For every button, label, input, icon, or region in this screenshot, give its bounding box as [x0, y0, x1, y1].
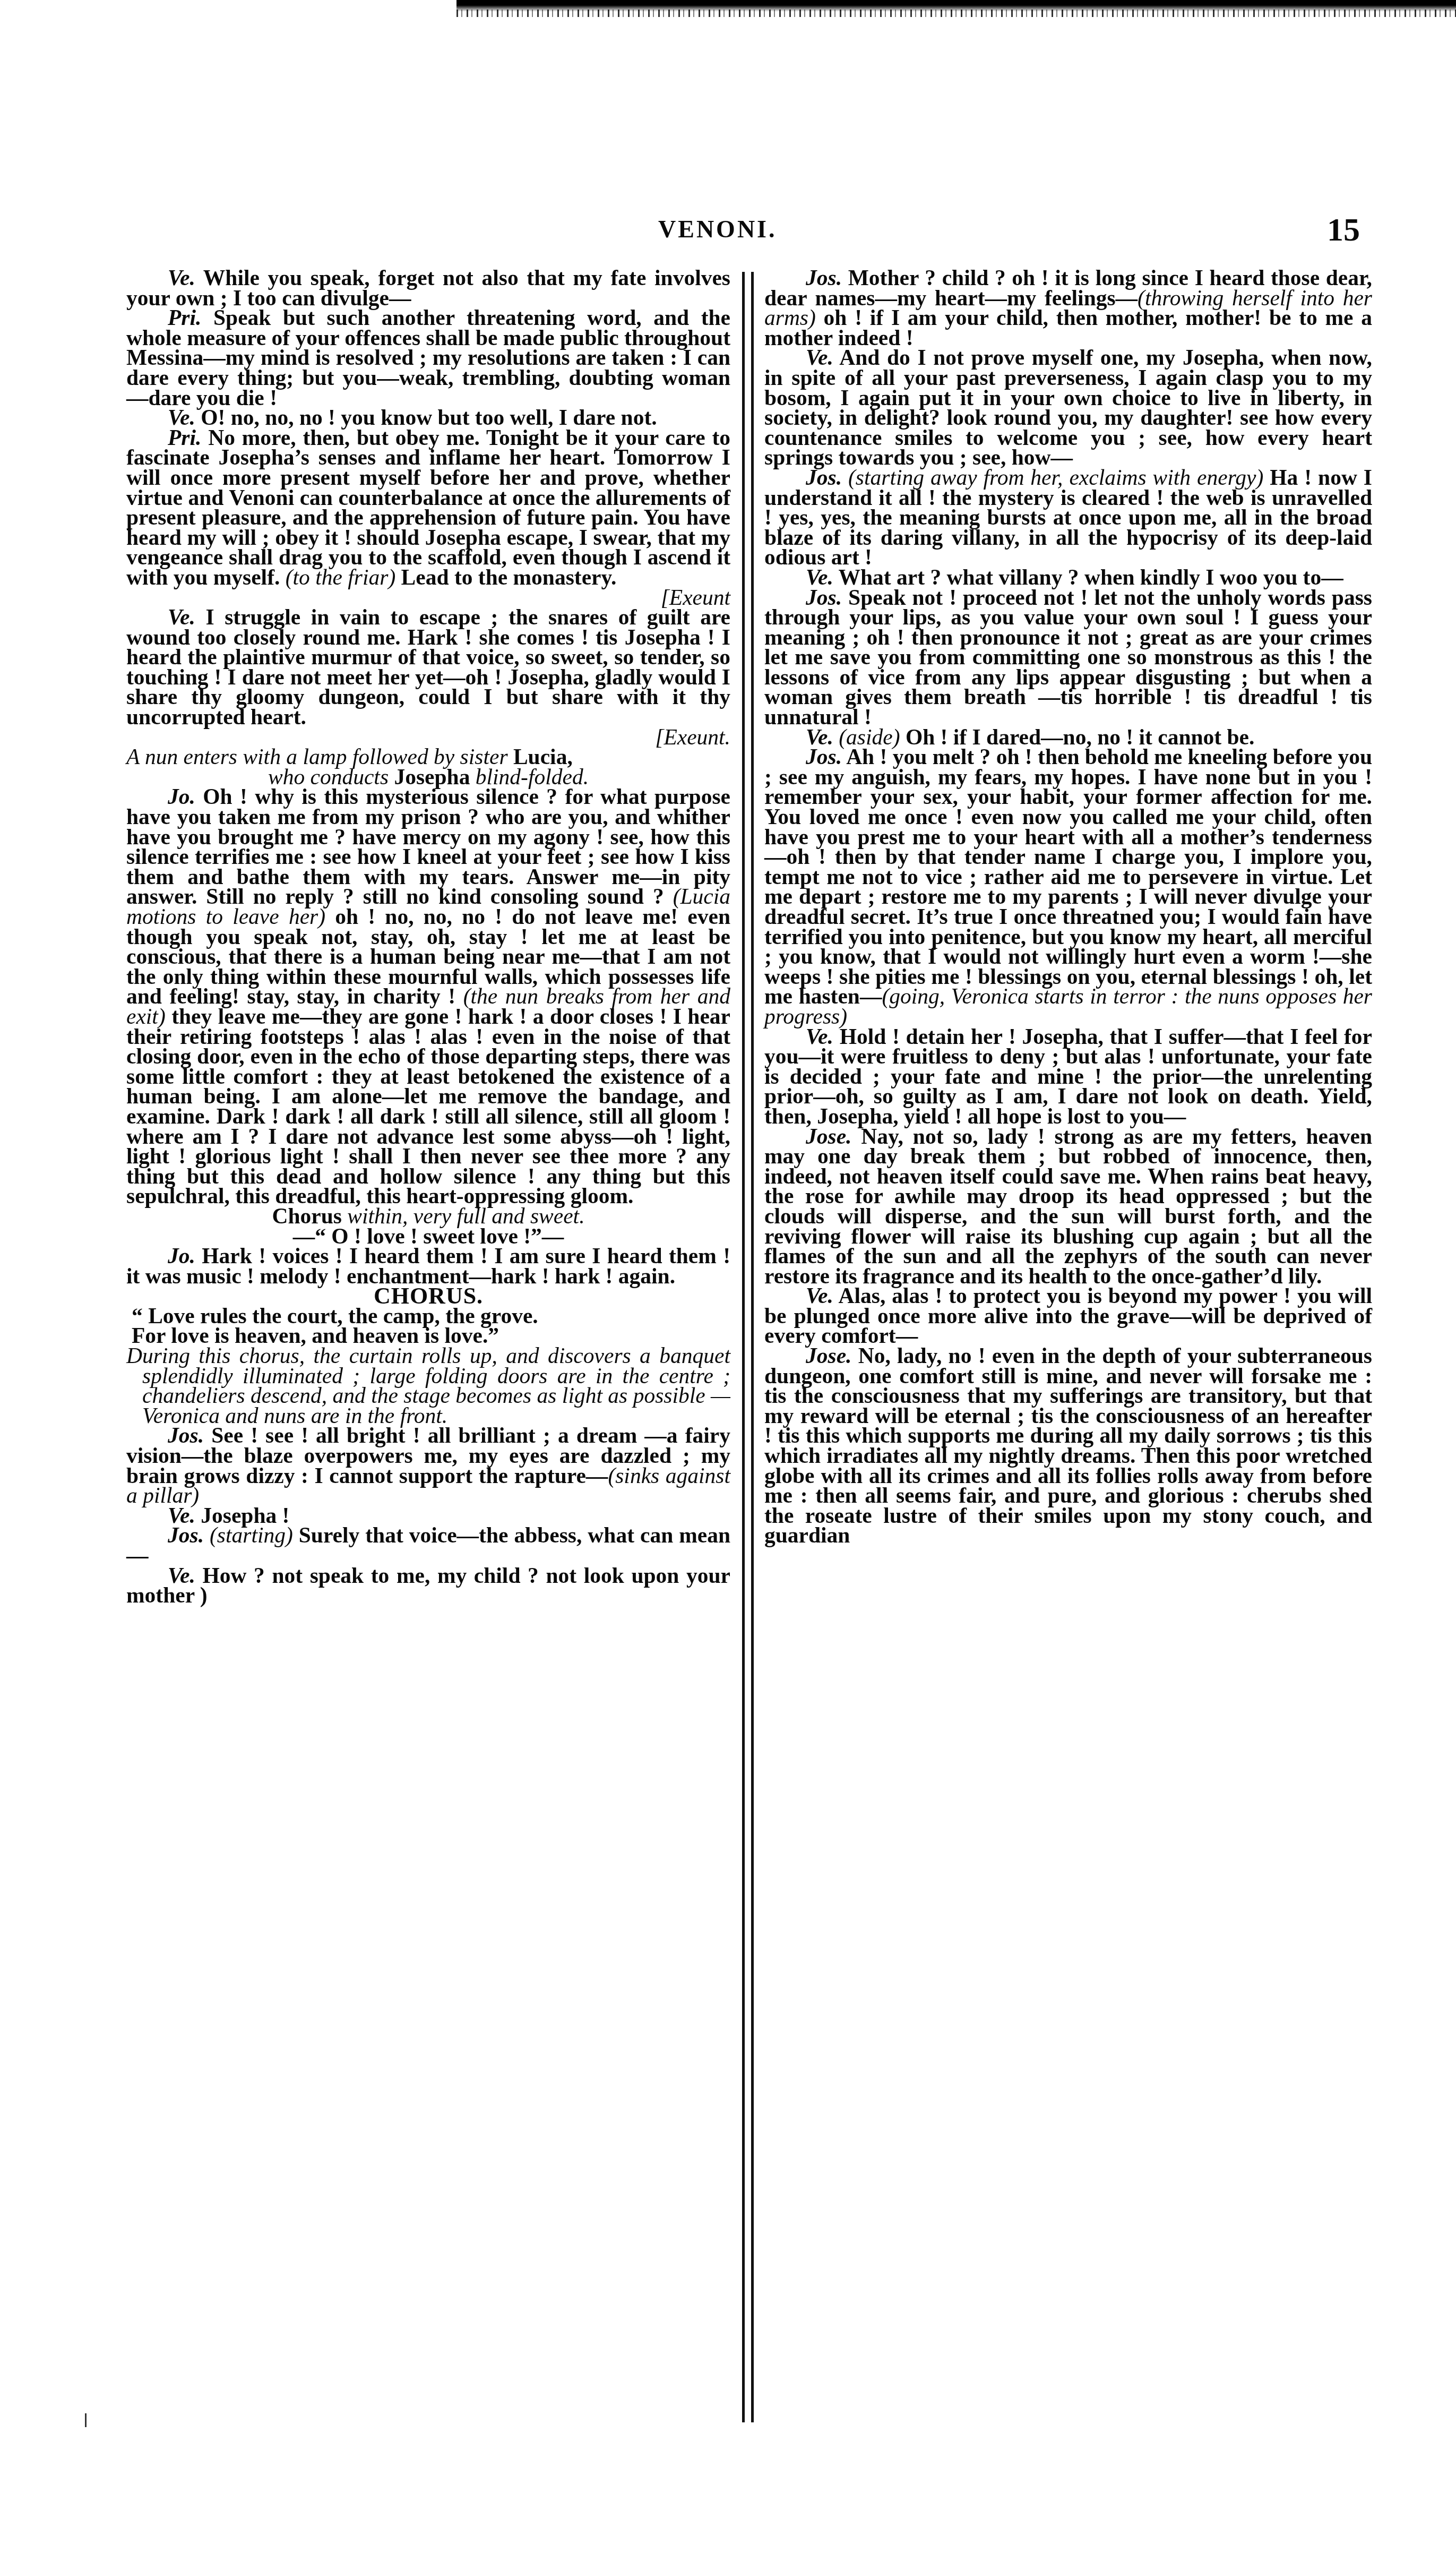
- speaker-name: Jos.: [168, 1523, 204, 1547]
- dialogue-text: Ah ! you melt ? oh ! then behold me knee…: [764, 744, 1372, 1008]
- stage-direction-text: (starting): [210, 1523, 293, 1547]
- page-number: 15: [1327, 211, 1360, 249]
- dialogue-text: Alas, alas ! to protect you is beyond my…: [764, 1283, 1372, 1348]
- speech-paragraph: Jos. (starting) Surely that voice—the ab…: [126, 1526, 730, 1565]
- stage-direction-text: (to the friar): [286, 565, 395, 589]
- speech-paragraph: Jo. Oh ! why is this mysterious silence …: [126, 787, 730, 1206]
- speech-paragraph: Jos. Mother ? child ? oh ! it is long si…: [764, 268, 1372, 348]
- dialogue-text: Speak but such another threatening word,…: [126, 305, 730, 409]
- dialogue-text: Speak not ! proceed not ! let not the un…: [764, 585, 1372, 730]
- speech-paragraph: Ve. Hold ! detain her ! Josepha, that I …: [764, 1027, 1372, 1127]
- speech-paragraph: Pri. Speak but such another threatening …: [126, 308, 730, 408]
- speech-paragraph: Ve. While you speak, forget not also tha…: [126, 268, 730, 308]
- column-divider-double-rule: [742, 272, 754, 2422]
- dialogue-text: How ? not speak to me, my child ? not lo…: [126, 1563, 730, 1608]
- dialogue-text: While you speak, forget not also that my…: [126, 265, 730, 310]
- dialogue-text: Hold ! detain her ! Josepha, that I suff…: [764, 1024, 1372, 1128]
- speech-paragraph: Jos. See ! see ! all bright ! all brilli…: [126, 1426, 730, 1505]
- speech-paragraph: Jos. (starting away from her, exclaims w…: [764, 468, 1372, 568]
- speech-paragraph: Jose. Nay, not so, lady ! strong as are …: [764, 1127, 1372, 1287]
- dialogue-text: I struggle in vain to escape ; the snare…: [126, 605, 730, 729]
- speech-paragraph: Jose. No, lady, no ! even in the depth o…: [764, 1346, 1372, 1546]
- stage-direction-block: During this chorus, the curtain rolls up…: [126, 1346, 730, 1426]
- dialogue-text: Nay, not so, lady ! strong as are my fet…: [764, 1124, 1372, 1288]
- speech-paragraph: Jo. Hark ! voices ! I heard them ! I am …: [126, 1246, 730, 1286]
- speech-paragraph: Jos. Ah ! you melt ? oh ! then behold me…: [764, 747, 1372, 1026]
- speech-paragraph: Ve. How ? not speak to me, my child ? no…: [126, 1566, 730, 1606]
- dialogue-text: Lead to the monastery.: [395, 565, 616, 589]
- dialogue-text: No, lady, no ! even in the depth of your…: [764, 1343, 1372, 1547]
- speech-paragraph: Pri. No more, then, but obey me. Tonight…: [126, 428, 730, 588]
- scan-speck: [85, 2413, 87, 2427]
- left-column: Ve. While you speak, forget not also tha…: [126, 268, 730, 1606]
- speech-paragraph: Ve. Alas, alas ! to protect you is beyon…: [764, 1286, 1372, 1346]
- stage-direction-text: [Exeunt.: [655, 725, 730, 749]
- speech-paragraph: Jos. Speak not ! proceed not ! let not t…: [764, 588, 1372, 727]
- dialogue-text: Oh ! why is this mysterious silence ? fo…: [126, 784, 730, 909]
- dialogue-text: Hark ! voices ! I heard them ! I am sure…: [126, 1244, 730, 1288]
- scan-edge-artifact: [456, 0, 1456, 12]
- running-head: VENONI.: [658, 215, 777, 243]
- right-column: Jos. Mother ? child ? oh ! it is long si…: [764, 268, 1372, 1546]
- stage-direction-text: During this chorus, the curtain rolls up…: [126, 1343, 730, 1428]
- dialogue-text: oh ! if I am your child, then mother, mo…: [764, 305, 1372, 350]
- dialogue-text: they leave me—they are gone ! hark ! a d…: [126, 1004, 730, 1208]
- speech-paragraph: Ve. I struggle in vain to escape ; the s…: [126, 607, 730, 727]
- dialogue-text: [204, 1523, 210, 1547]
- dialogue-text: And do I not prove myself one, my Joseph…: [764, 345, 1372, 469]
- speech-paragraph: Ve. And do I not prove myself one, my Jo…: [764, 348, 1372, 468]
